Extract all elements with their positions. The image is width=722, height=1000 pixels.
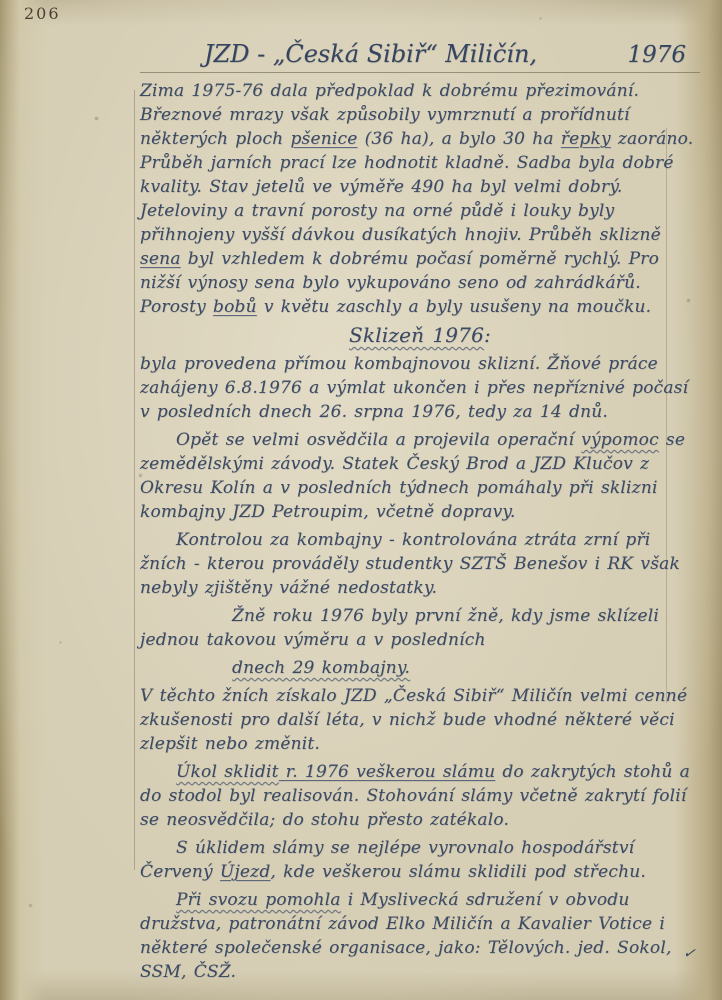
text-segment: Opět se velmi osvědčila a projevila oper… (176, 430, 581, 450)
text-segment: Žně roku 1976 byly první žně, kdy jsme s… (140, 606, 659, 650)
manuscript-body: Zima 1975-76 dala předpoklad k dobrému p… (140, 79, 700, 984)
paper-speckles (0, 0, 1, 1)
underlined-text: Při svozu pomohla (176, 890, 341, 910)
page-title: JZD - „Česká Sibiř“ Miličín, (204, 40, 537, 68)
page-number: 206 (24, 4, 61, 23)
underlined-text: výpomoc (581, 430, 659, 450)
paragraph: Opět se velmi osvědčila a projevila oper… (140, 428, 700, 524)
underlined-text: Úkol sklidit (176, 762, 279, 782)
underlined-text: řepky (561, 129, 611, 149)
paragraph: Při svozu pomohla i Myslivecká sdružení … (140, 888, 700, 984)
text-segment: V těchto žních získalo JZD „Česká Sibiř“… (140, 686, 687, 754)
underlined-text: sena (140, 249, 181, 269)
chronicle-page: 206 JZD - „Česká Sibiř“ Miličín, 1976 Zi… (0, 0, 722, 1000)
title-row: JZD - „Česká Sibiř“ Miličín, 1976 (140, 40, 700, 73)
manuscript-content: JZD - „Česká Sibiř“ Miličín, 1976 Zima 1… (140, 40, 700, 988)
text-segment: byla provedena přímou kombajnovou sklizn… (140, 354, 688, 422)
section-heading: Sklizeň 1976: (140, 323, 700, 347)
title-year: 1976 (627, 42, 694, 68)
underlined-text: pšenice (290, 129, 357, 149)
paragraph: Zima 1975-76 dala předpoklad k dobrému p… (140, 79, 700, 319)
underlined-text: Sklizeň 1976 (349, 323, 484, 347)
underlined-text: r. 1976 veškerou slámu (279, 762, 496, 782)
left-margin-rule-line (134, 90, 135, 870)
text-segment: v květu zaschly a byly usušeny na moučku… (257, 297, 652, 317)
paragraph: V těchto žních získalo JZD „Česká Sibiř“… (140, 684, 700, 756)
paragraph: dnech 29 kombajny. (140, 656, 700, 680)
paragraph: Žně roku 1976 byly první žně, kdy jsme s… (140, 604, 700, 652)
paragraph: Úkol sklidit r. 1976 veškerou slámu do z… (140, 760, 700, 832)
text-segment: Kontrolou za kombajny - kontrolována ztr… (140, 530, 680, 598)
underlined-text: dnech 29 kombajny. (232, 658, 410, 678)
text-segment: (36 ha), a bylo 30 ha (357, 129, 560, 149)
paragraph: byla provedena přímou kombajnovou sklizn… (140, 352, 700, 424)
underlined-text: bobů (213, 297, 257, 317)
checkmark: ✓ (682, 943, 697, 963)
paragraph: Kontrolou za kombajny - kontrolována ztr… (140, 528, 700, 600)
text-segment: : (484, 323, 491, 347)
paragraph: S úklidem slámy se nejlépe vyrovnalo hos… (140, 836, 700, 884)
text-segment: , kde veškerou slámu sklidili pod střech… (270, 862, 646, 882)
underlined-text: Újezd (220, 862, 271, 882)
